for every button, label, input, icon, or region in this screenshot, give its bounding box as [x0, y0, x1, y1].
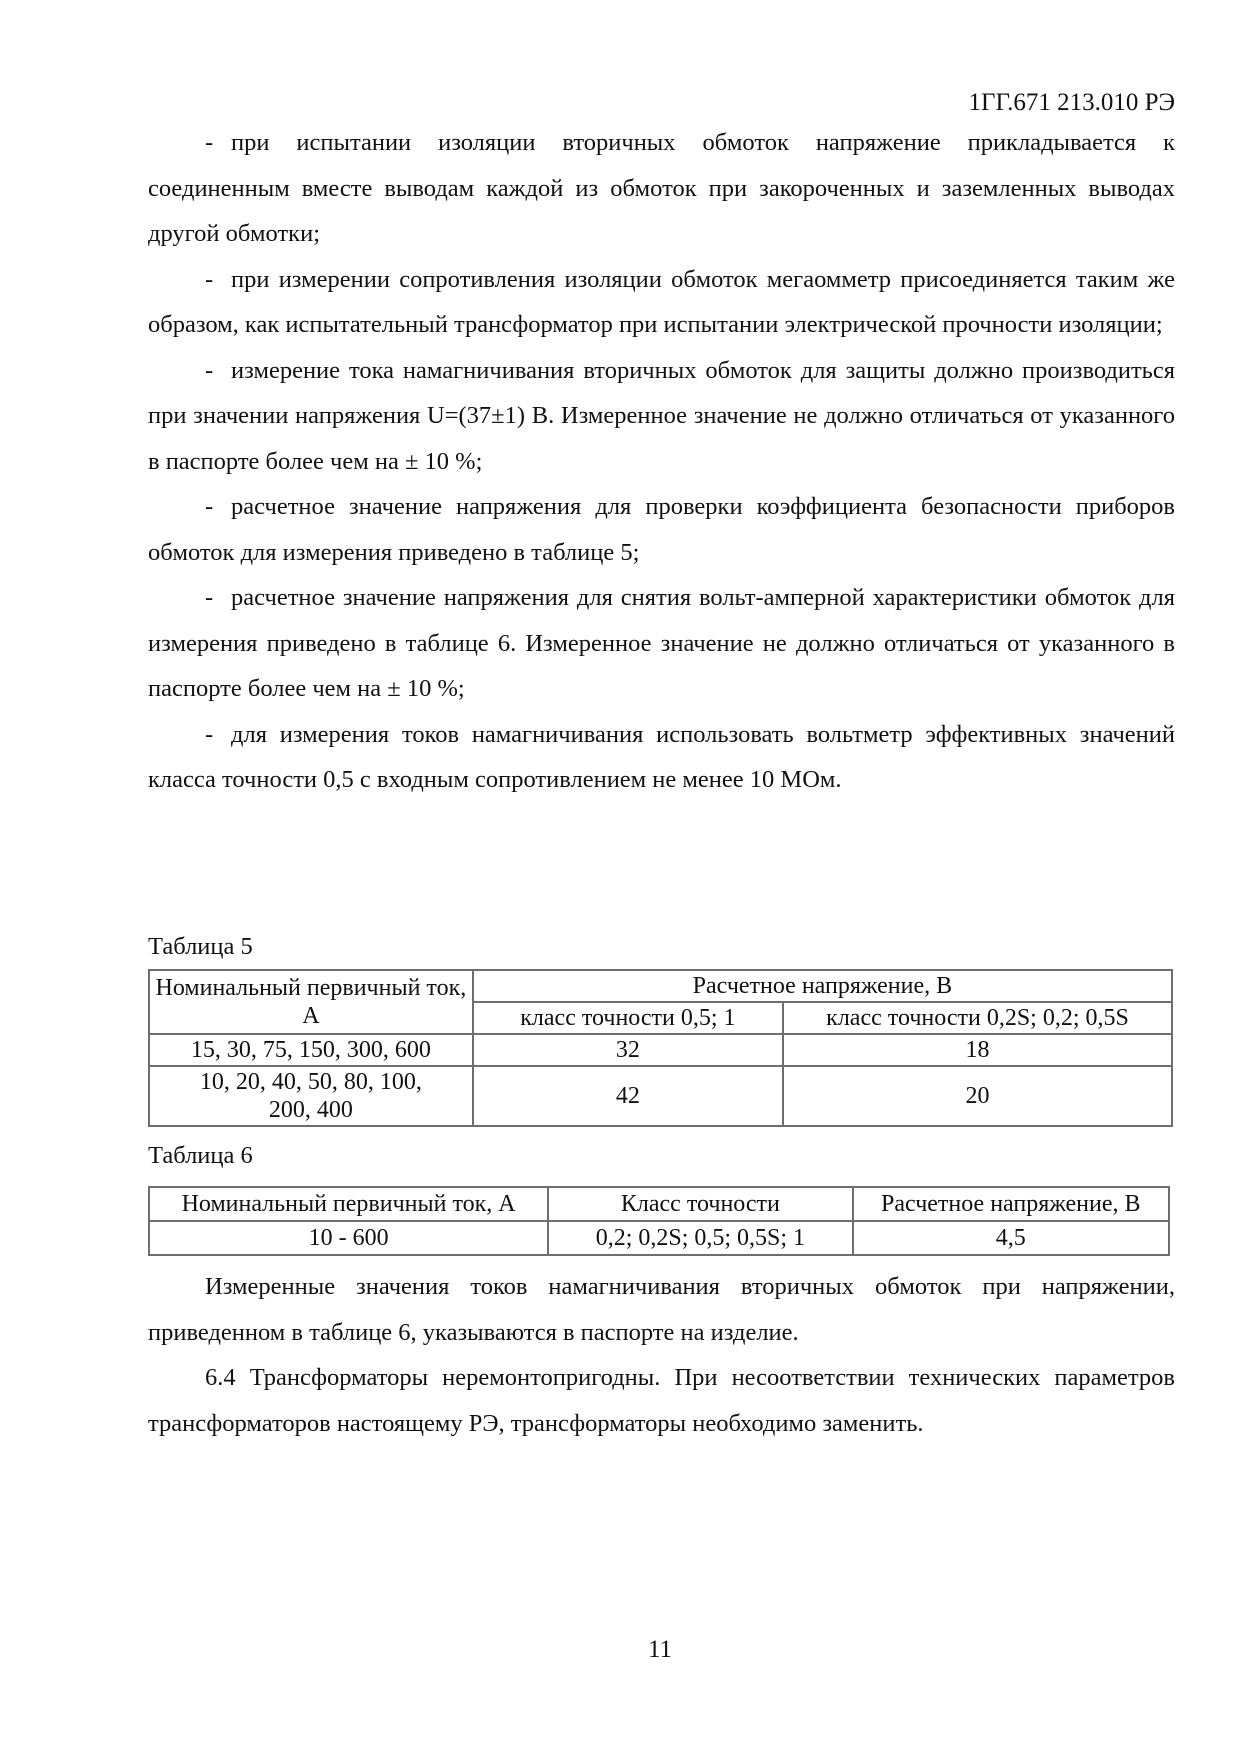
- list-dash: -: [205, 712, 231, 758]
- table5-header-voltage: Расчетное напряжение, В: [473, 970, 1172, 1002]
- table-row: 10, 20, 40, 50, 80, 100, 200, 400 42 20: [149, 1066, 1172, 1126]
- table5-header-class-1: класс точности 0,5; 1: [473, 1002, 783, 1034]
- list-item-text: измерение тока намагничивания вторичных …: [148, 357, 1175, 475]
- table-row: 10 - 600 0,2; 0,2S; 0,5; 0,5S; 1 4,5: [149, 1221, 1169, 1255]
- body-text: -при испытании изоляции вторичных обмото…: [148, 120, 1175, 803]
- list-item-text: при измерении сопротивления изоляции обм…: [148, 266, 1175, 339]
- list-item-volt-ampere: -расчетное значение напряжения для сняти…: [148, 575, 1175, 712]
- table6-cell-class: 0,2; 0,2S; 0,5; 0,5S; 1: [548, 1221, 852, 1255]
- list-dash: -: [205, 348, 231, 394]
- table6: Номинальный первичный ток, А Класс точно…: [148, 1186, 1170, 1256]
- table-header-row: Номинальный первичный ток, А Класс точно…: [149, 1187, 1169, 1221]
- list-item-voltmeter: -для измерения токов намагничивания испо…: [148, 712, 1175, 803]
- table5-cell-voltage-1: 42: [473, 1066, 783, 1126]
- table5-cell-current: 15, 30, 75, 150, 300, 600: [149, 1034, 473, 1066]
- table6-header-voltage: Расчетное напряжение, В: [853, 1187, 1169, 1221]
- table5: Номинальный первичный ток, А Расчетное н…: [148, 969, 1173, 1127]
- table6-cell-current: 10 - 600: [149, 1221, 548, 1255]
- list-item-text: для измерения токов намагничивания испол…: [148, 721, 1175, 794]
- document-code-header: 1ГГ.671 213.010 РЭ: [969, 88, 1176, 118]
- page-number: 11: [0, 1635, 1241, 1665]
- table5-caption: Таблица 5: [148, 932, 253, 962]
- table5-cell-voltage-2: 18: [783, 1034, 1172, 1066]
- table6-header-current: Номинальный первичный ток, А: [149, 1187, 548, 1221]
- table5-cell-voltage-1: 32: [473, 1034, 783, 1066]
- list-dash: -: [205, 575, 231, 621]
- table5-cell-voltage-2: 20: [783, 1066, 1172, 1126]
- table5-header-current: Номинальный первичный ток, А: [149, 970, 473, 1034]
- table5-cell-current: 10, 20, 40, 50, 80, 100, 200, 400: [149, 1066, 473, 1126]
- list-item-magnetizing-current: -измерение тока намагничивания вторичных…: [148, 348, 1175, 485]
- table5-header-class-2: класс точности 0,2S; 0,2; 0,5S: [783, 1002, 1172, 1034]
- list-item-insulation-test: -при испытании изоляции вторичных обмото…: [148, 120, 1175, 257]
- paragraph-section-6-4: 6.4 Трансформаторы неремонтопригодны. Пр…: [148, 1355, 1175, 1446]
- table6-caption: Таблица 6: [148, 1141, 253, 1171]
- list-dash: -: [205, 484, 231, 530]
- table6-cell-voltage: 4,5: [853, 1221, 1169, 1255]
- list-item-text: расчетное значение напряжения для снятия…: [148, 584, 1175, 702]
- list-item-resistance-measurement: -при измерении сопротивления изоляции об…: [148, 257, 1175, 348]
- document-page: 1ГГ.671 213.010 РЭ -при испытании изоляц…: [0, 0, 1241, 1755]
- list-item-text: при испытании изоляции вторичных обмоток…: [148, 129, 1175, 247]
- list-dash: -: [205, 120, 231, 166]
- list-item-text: расчетное значение напряжения для провер…: [148, 493, 1175, 566]
- table5-cell-current-text: 10, 20, 40, 50, 80, 100, 200, 400: [181, 1068, 441, 1124]
- paragraph-measured-values: Измеренные значения токов намагничивания…: [148, 1264, 1175, 1355]
- list-item-safety-factor: -расчетное значение напряжения для прове…: [148, 484, 1175, 575]
- table-row: 15, 30, 75, 150, 300, 600 32 18: [149, 1034, 1172, 1066]
- table6-header-class: Класс точности: [548, 1187, 852, 1221]
- list-dash: -: [205, 257, 231, 303]
- closing-text: Измеренные значения токов намагничивания…: [148, 1264, 1175, 1446]
